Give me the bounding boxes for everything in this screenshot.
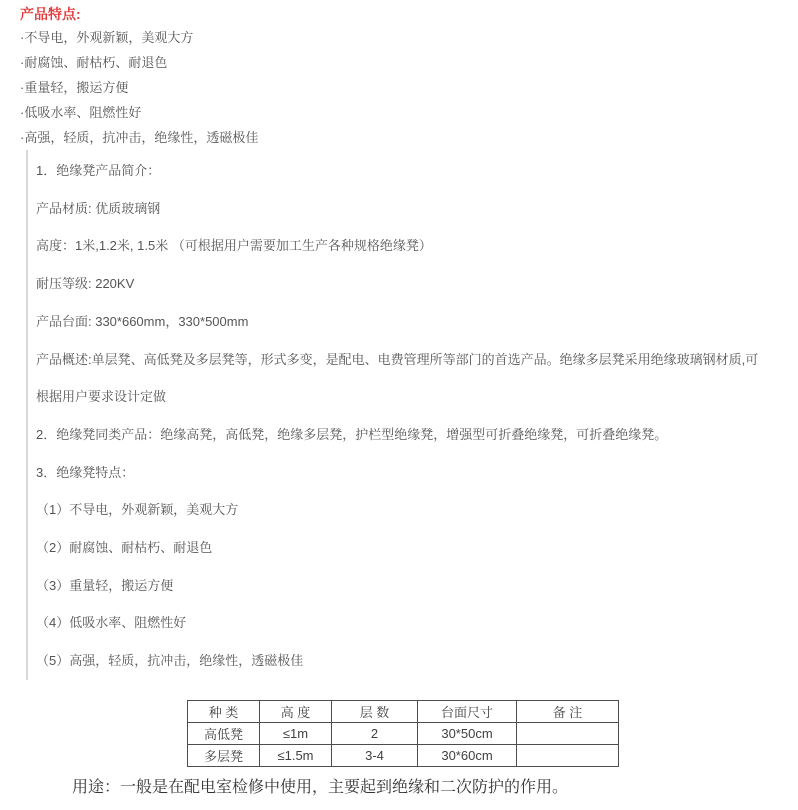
detail-line: 1．绝缘凳产品简介： [36, 152, 786, 190]
feature-item: ·不导电，外观新颖，美观大方 [20, 25, 258, 50]
spec-table-header-size: 台面尺寸 [418, 701, 517, 723]
spec-table-header-layers: 层 数 [332, 701, 418, 723]
spec-table-cell: 30*60cm [418, 745, 517, 767]
page: { "features": { "title": "产品特点:", "title… [0, 0, 798, 810]
detail-line: 高度：1米,1.2米, 1.5米 （可根据用户需要加工生产各种规格绝缘凳） [36, 227, 786, 265]
spec-table-cell: ≤1.5m [260, 745, 332, 767]
spec-table-header-height: 高 度 [260, 701, 332, 723]
detail-line: 产品概述:单层凳、高低凳及多层凳等，形式多变，是配电、电费管理所等部门的首选产品… [36, 341, 786, 379]
detail-line: 产品材质: 优质玻璃钢 [36, 190, 786, 228]
feature-item: ·低吸水率、阻燃性好 [20, 100, 258, 125]
spec-table: 种 类 高 度 层 数 台面尺寸 备 注 高低凳 ≤1m 2 30*50cm 多… [187, 700, 619, 767]
feature-item: ·重量轻，搬运方便 [20, 75, 258, 100]
spec-table-cell: 3-4 [332, 745, 418, 767]
spec-table-cell: 2 [332, 723, 418, 745]
detail-line: （3）重量轻，搬运方便 [36, 567, 786, 605]
detail-line: 产品台面: 330*660mm，330*500mm [36, 303, 786, 341]
usage-note: 用途：一般是在配电室检修中使用，主要起到绝缘和二次防护的作用。 [72, 777, 568, 799]
feature-item: ·高强，轻质，抗冲击，绝缘性，透磁极佳 [20, 125, 258, 150]
detail-line: 根据用户要求设计定做 [36, 378, 786, 416]
spec-table-cell: 多层凳 [188, 745, 260, 767]
table-row: 多层凳 ≤1.5m 3-4 30*60cm [188, 745, 619, 767]
spec-table-header-remark: 备 注 [517, 701, 619, 723]
spec-table-header-kind: 种 类 [188, 701, 260, 723]
detail-line: 2．绝缘凳同类产品：绝缘高凳，高低凳，绝缘多层凳，护栏型绝缘凳，增强型可折叠绝缘… [36, 416, 786, 454]
spec-table-cell: ≤1m [260, 723, 332, 745]
table-row: 高低凳 ≤1m 2 30*50cm [188, 723, 619, 745]
spec-table-cell [517, 723, 619, 745]
detail-line: （2）耐腐蚀、耐枯朽、耐退色 [36, 529, 786, 567]
detail-line: （4）低吸水率、阻燃性好 [36, 604, 786, 642]
detail-line: （5）高强，轻质，抗冲击，绝缘性，透磁极佳 [36, 642, 786, 680]
detail-line: 耐压等级: 220KV [36, 265, 786, 303]
spec-table-cell: 30*50cm [418, 723, 517, 745]
spec-table-cell [517, 745, 619, 767]
spec-table-header-row: 种 类 高 度 层 数 台面尺寸 备 注 [188, 701, 619, 723]
feature-item: ·耐腐蚀、耐枯朽、耐退色 [20, 50, 258, 75]
details-panel: 1．绝缘凳产品简介： 产品材质: 优质玻璃钢 高度：1米,1.2米, 1.5米 … [26, 150, 786, 680]
features-section: 产品特点: ·不导电，外观新颖，美观大方 ·耐腐蚀、耐枯朽、耐退色 ·重量轻，搬… [20, 4, 258, 150]
detail-line: （1）不导电，外观新颖，美观大方 [36, 491, 786, 529]
spec-table-cell: 高低凳 [188, 723, 260, 745]
detail-line: 3．绝缘凳特点： [36, 454, 786, 492]
features-title: 产品特点: [20, 4, 258, 25]
